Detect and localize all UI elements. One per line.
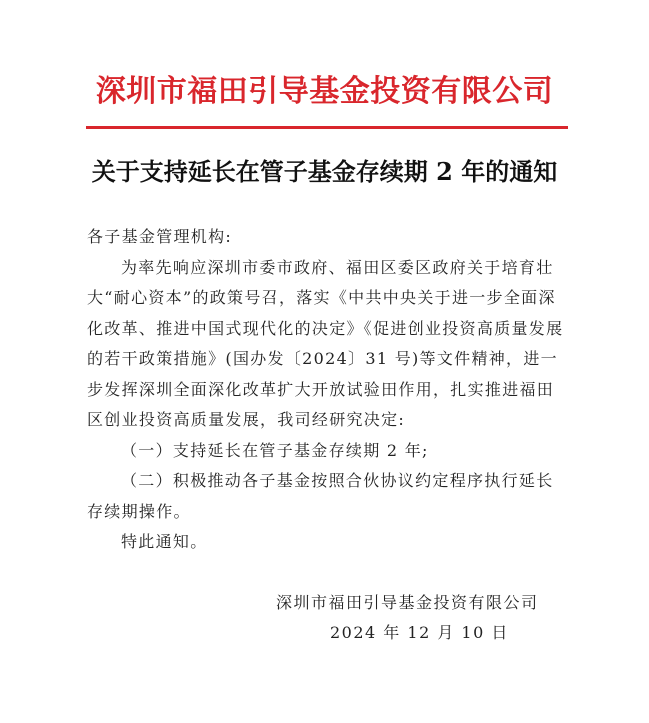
organization-letterhead: 深圳市福田引导基金投资有限公司 (0, 70, 649, 114)
body-paragraph: 为率先响应深圳市委市政府、福田区委区政府关于培育壮大“耐心资本”的政策号召，落实… (87, 253, 569, 436)
signature-organization: 深圳市福田引导基金投资有限公司 (270, 588, 550, 618)
decision-item-1: （一）支持延长在管子基金存续期 2 年; (87, 436, 569, 467)
salutation: 各子基金管理机构: (87, 222, 569, 253)
document-body: 各子基金管理机构: 为率先响应深圳市委市政府、福田区委区政府关于培育壮大“耐心资… (87, 222, 569, 558)
document-title: 关于支持延长在管子基金存续期 2 年的通知 (0, 152, 649, 192)
decision-item-2: （二）积极推动各子基金按照合伙协议约定程序执行延长存续期操作。 (87, 466, 569, 527)
document-page: 深圳市福田引导基金投资有限公司 关于支持延长在管子基金存续期 2 年的通知 各子… (0, 0, 649, 723)
signature-block: 深圳市福田引导基金投资有限公司 2024 年 12 月 10 日 (270, 588, 550, 648)
closing-line: 特此通知。 (87, 527, 569, 558)
letterhead-red-divider (86, 126, 568, 129)
signature-date: 2024 年 12 月 10 日 (270, 618, 550, 648)
